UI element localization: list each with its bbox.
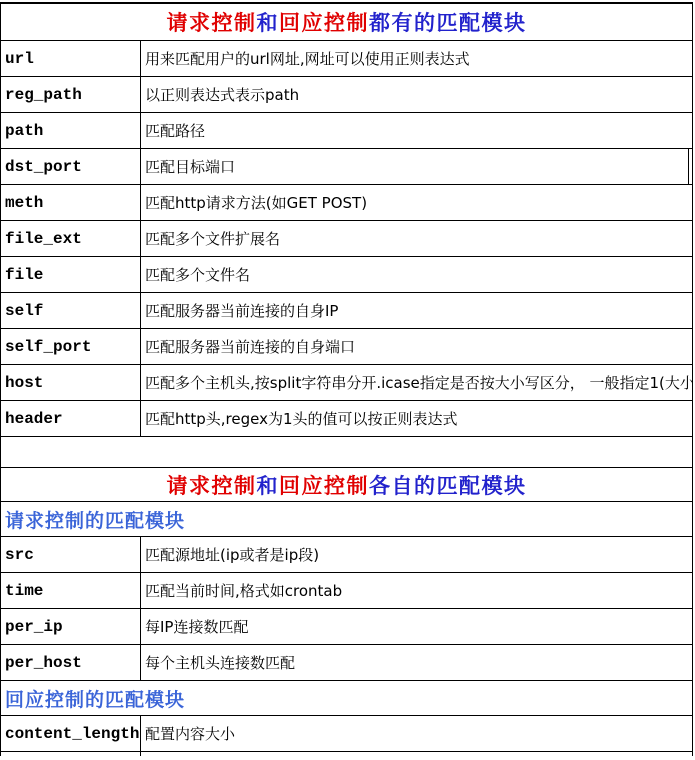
module-key: file_ext	[1, 221, 141, 256]
per-section-modules-title: 请求控制和回应控制各自的匹配模块	[1, 468, 692, 502]
empty-row	[1, 437, 692, 468]
table-row: src 匹配源地址(ip或者是ip段)	[1, 537, 692, 573]
module-key: content_length	[1, 716, 141, 751]
module-description: 匹配http头,regex为1头的值可以按正则表达式	[141, 401, 692, 436]
cutoff-desc-cell	[141, 752, 692, 756]
module-description: 配置内容大小	[141, 716, 692, 751]
response-section-heading: 回应控制的匹配模块	[5, 685, 185, 712]
match-modules-document: 请求控制和回应控制都有的匹配模块 url 用来匹配用户的url网址,网址可以使用…	[0, 0, 695, 756]
table-row: file 匹配多个文件名	[1, 257, 692, 293]
title-segment: 请求控制	[167, 7, 257, 37]
title-segment: 都有的匹配模块	[369, 7, 527, 37]
module-key: per_host	[1, 645, 141, 680]
module-key: url	[1, 41, 141, 76]
module-description: 匹配源地址(ip或者是ip段)	[141, 537, 692, 572]
module-description: 每个主机头连接数匹配	[141, 645, 692, 680]
module-description: 每IP连接数匹配	[141, 609, 692, 644]
table-row: reg_path 以正则表达式表示path	[1, 77, 692, 113]
modules-table: 请求控制和回应控制都有的匹配模块 url 用来匹配用户的url网址,网址可以使用…	[0, 2, 693, 756]
table-row: self_port 匹配服务器当前连接的自身端口	[1, 329, 692, 365]
module-key: file	[1, 257, 141, 292]
cutoff-next-row	[1, 752, 692, 756]
request-section-rows: src 匹配源地址(ip或者是ip段) time 匹配当前时间,格式如cront…	[1, 537, 692, 681]
table-row: per_ip 每IP连接数匹配	[1, 609, 692, 645]
title-segment: 回应控制	[279, 470, 369, 500]
response-section-heading-row: 回应控制的匹配模块	[1, 681, 692, 716]
table-row: dst_port 匹配目标端口	[1, 149, 692, 185]
table-row: url 用来匹配用户的url网址,网址可以使用正则表达式	[1, 41, 692, 77]
module-key: time	[1, 573, 141, 608]
request-section-heading: 请求控制的匹配模块	[5, 506, 185, 533]
module-description: 匹配服务器当前连接的自身IP	[141, 293, 692, 328]
table-row: meth 匹配http请求方法(如GET POST)	[1, 185, 692, 221]
module-key: path	[1, 113, 141, 148]
module-key: dst_port	[1, 149, 141, 184]
title-segment: 和	[257, 7, 280, 37]
module-description: 匹配当前时间,格式如crontab	[141, 573, 692, 608]
module-key: self	[1, 293, 141, 328]
module-description: 匹配服务器当前连接的自身端口	[141, 329, 692, 364]
title-segment: 各自的匹配模块	[369, 470, 527, 500]
module-key: self_port	[1, 329, 141, 364]
module-description: 匹配路径	[141, 113, 692, 148]
table-row: path 匹配路径	[1, 113, 692, 149]
module-description: 匹配多个文件扩展名	[141, 221, 692, 256]
title-segment: 回应控制	[279, 7, 369, 37]
table-row: header 匹配http头,regex为1头的值可以按正则表达式	[1, 401, 692, 437]
cutoff-key-cell	[1, 752, 141, 756]
module-description: 匹配多个文件名	[141, 257, 692, 292]
module-key: host	[1, 365, 141, 400]
table-row: host 匹配多个主机头,按split字符串分开.icase指定是否按大小写区分…	[1, 365, 692, 401]
table-row: content_length 配置内容大小	[1, 716, 692, 752]
title-segment: 和	[257, 470, 280, 500]
module-key: reg_path	[1, 77, 141, 112]
module-key: src	[1, 537, 141, 572]
module-description: 用来匹配用户的url网址,网址可以使用正则表达式	[141, 41, 692, 76]
module-description: 匹配http请求方法(如GET POST)	[141, 185, 692, 220]
title-segment: 请求控制	[167, 470, 257, 500]
request-section-heading-row: 请求控制的匹配模块	[1, 502, 692, 537]
shared-modules-title: 请求控制和回应控制都有的匹配模块	[1, 4, 692, 41]
table-row: per_host 每个主机头连接数匹配	[1, 645, 692, 681]
table-row: file_ext 匹配多个文件扩展名	[1, 221, 692, 257]
shared-modules-rows: url 用来匹配用户的url网址,网址可以使用正则表达式 reg_path 以正…	[1, 41, 692, 437]
module-description: 以正则表达式表示path	[141, 77, 692, 112]
module-key: per_ip	[1, 609, 141, 644]
module-key: meth	[1, 185, 141, 220]
table-row: self 匹配服务器当前连接的自身IP	[1, 293, 692, 329]
module-key: header	[1, 401, 141, 436]
response-section-rows: content_length 配置内容大小	[1, 716, 692, 752]
module-description: 匹配目标端口	[141, 149, 692, 184]
module-description: 匹配多个主机头,按split字符串分开.icase指定是否按大小写区分， 一般指…	[141, 365, 692, 400]
table-row: time 匹配当前时间,格式如crontab	[1, 573, 692, 609]
